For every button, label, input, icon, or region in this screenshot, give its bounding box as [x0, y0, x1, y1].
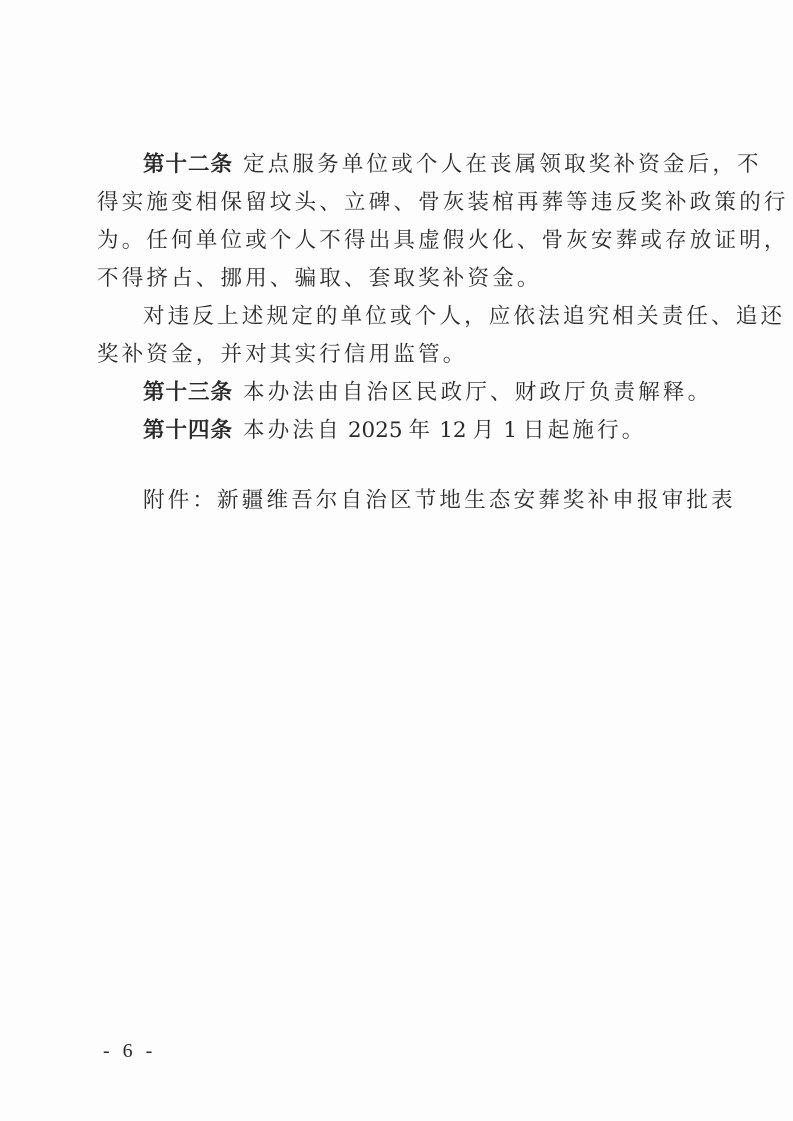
article-12-line-1: 第十二条定点服务单位或个人在丧属领取奖补资金后，不	[143, 150, 762, 180]
article-12-line-2: 得实施变相保留坟头、立碑、骨灰装棺再葬等违反奖补政策的行	[97, 188, 789, 218]
article-12-heading: 第十二条	[143, 152, 233, 177]
article-14: 第十四条本办法自2025年12月1日起施行。	[143, 416, 647, 446]
attachment-line: 附件：新疆维吾尔自治区节地生态安葬奖补申报审批表	[143, 486, 736, 516]
article-13: 第十三条本办法由自治区民政厅、财政厅负责解释。	[143, 378, 712, 408]
article-12-line-4: 不得挤占、挪用、骗取、套取奖补资金。	[97, 264, 542, 294]
paragraph-2-line-2: 奖补资金，并对其实行信用监管。	[97, 340, 468, 370]
paragraph-2-line-1: 对违反上述规定的单位或个人，应依法追究相关责任、追还	[143, 302, 785, 332]
article-13-heading: 第十三条	[143, 380, 233, 405]
page-number: - 6 -	[103, 1040, 156, 1063]
document-page: 第十二条定点服务单位或个人在丧属领取奖补资金后，不 得实施变相保留坟头、立碑、骨…	[0, 0, 793, 1121]
article-14-heading: 第十四条	[143, 418, 233, 443]
article-12-line-3: 为。任何单位或个人不得出具虚假火化、骨灰安葬或存放证明，	[97, 226, 789, 256]
